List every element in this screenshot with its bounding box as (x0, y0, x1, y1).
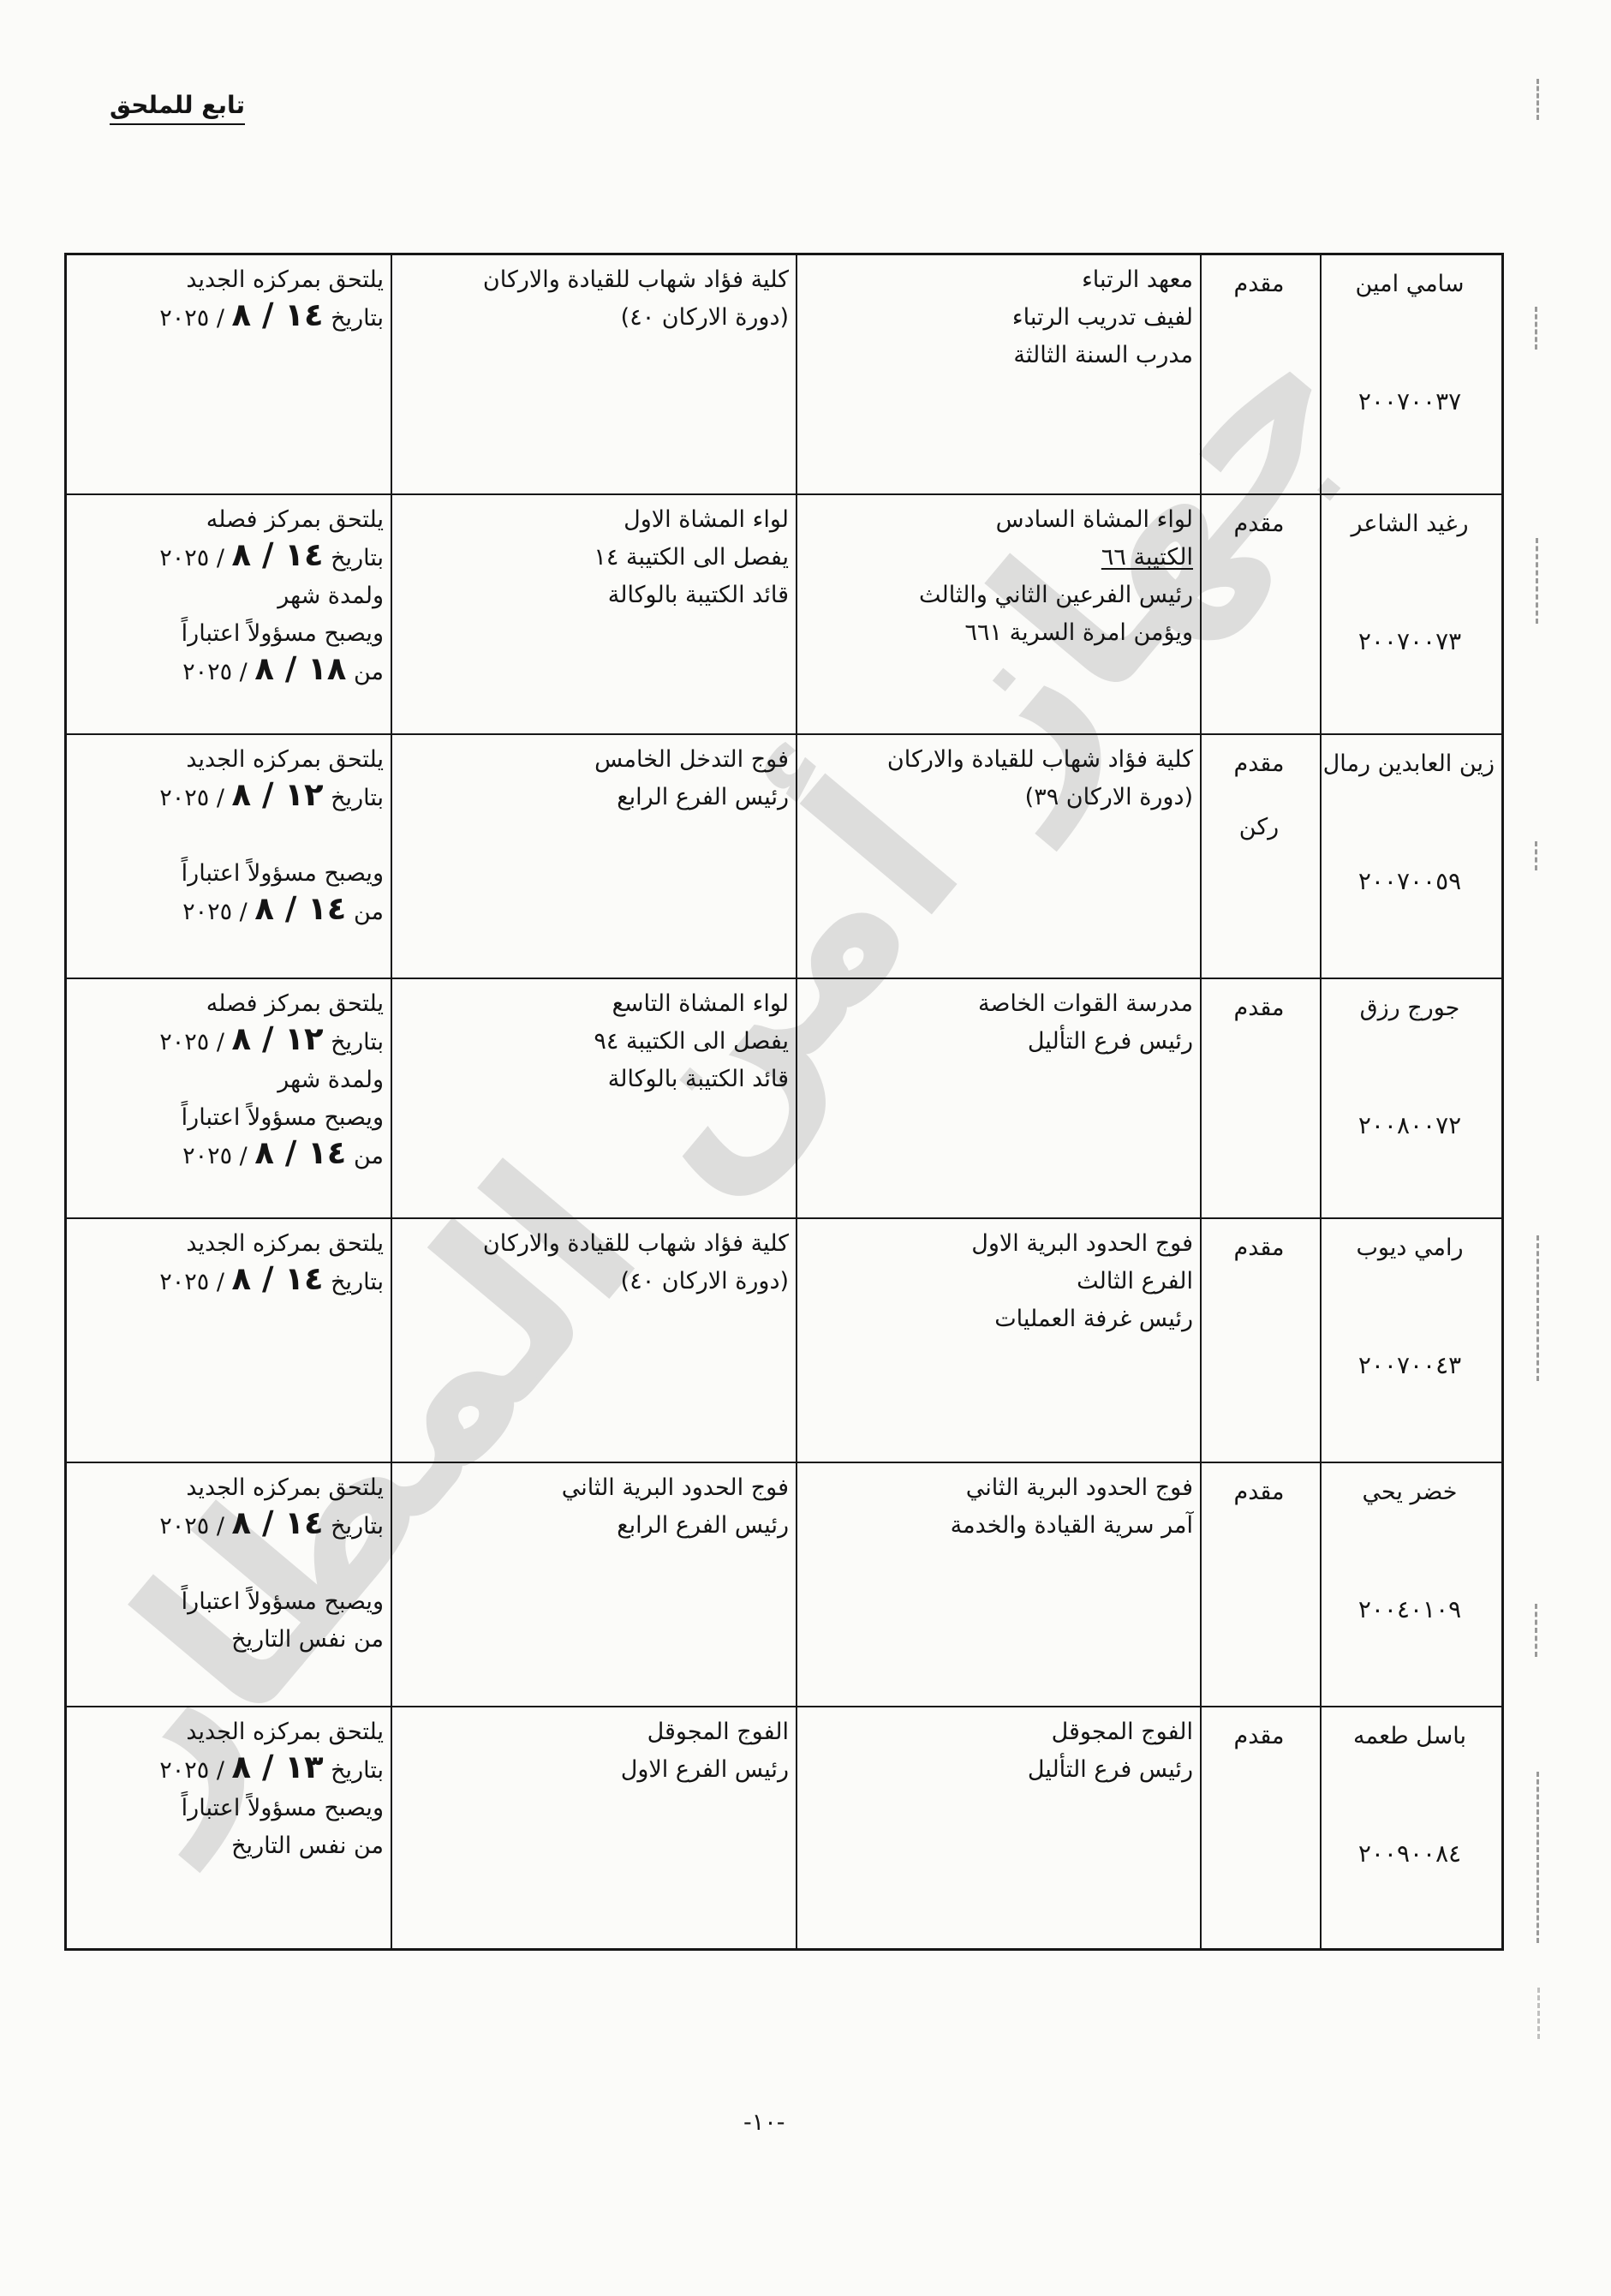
rank-label: مقدم (1205, 1718, 1313, 1755)
position-line: الكتيبة ٦٦ (801, 539, 1193, 577)
service-number: ٢٠٠٧٠٠٥٩ (1325, 862, 1495, 900)
instruction-line: بتاريخ ١٤ / ٨ / ٢٠٢٥ (70, 539, 384, 577)
text-segment: بتاريخ (324, 305, 384, 332)
instruction-line: يلتحق بمركزه الجديد (70, 1225, 384, 1263)
text-segment: معهد الرتباء (1082, 266, 1193, 293)
text-segment: فوج الحدود البرية الاول (971, 1230, 1193, 1257)
text-segment: قائد الكتيبة بالوكالة (608, 582, 789, 608)
position-line: فوج الحدود البرية الاول (801, 1225, 1193, 1263)
text-segment: ويصبح مسؤولاً اعتباراً (182, 1104, 384, 1131)
instruction-line: يلتحق بمركز فصله (70, 985, 384, 1023)
rank-label: مقدم (1205, 505, 1313, 543)
officer-name: رغيد الشاعر (1325, 505, 1495, 543)
underlined-text: الكتيبة ٦٦ (1101, 544, 1193, 571)
text-segment: ولمدة شهر (277, 1067, 384, 1093)
text-segment: آمر سرية القيادة والخدمة (951, 1512, 1193, 1539)
cell-new-position: لواء المشاة الاوليفصل الى الكتيبة ١٤قائد… (391, 494, 797, 734)
officers-transfer-table: يلتحق بمركزه الجديدبتاريخ ١٤ / ٨ / ٢٠٢٥ك… (64, 253, 1504, 1951)
text-segment: بتاريخ (324, 1757, 384, 1784)
position-line: كلية فؤاد شهاب للقيادة والاركان (396, 1225, 789, 1263)
text-segment: / ٢٠٢٥ (159, 1029, 231, 1055)
position-line: قائد الكتيبة بالوكالة (396, 577, 789, 614)
instruction-line: يلتحق بمركزه الجديد (70, 261, 384, 299)
cell-instructions: يلتحق بمركزه الجديدبتاريخ ١٢ / ٨ / ٢٠٢٥و… (66, 734, 391, 978)
position-line: فوج الحدود البرية الثاني (801, 1469, 1193, 1507)
text-segment: من نفس التاريخ (231, 1833, 384, 1859)
text-segment: يلتحق بمركزه الجديد (186, 1474, 384, 1501)
rank-label: مقدم (1205, 266, 1313, 303)
text-segment: ويصبح مسؤولاً اعتباراً (182, 1588, 384, 1615)
cell-new-position: فوج التدخل الخامسرئيس الفرع الرابع (391, 734, 797, 978)
text-segment: رئيس فرع التأليل (1028, 1756, 1193, 1783)
handwritten-date: ١٤ / ٨ (254, 1134, 346, 1171)
text-segment: رئيس الفرع الرابع (617, 1512, 789, 1539)
cell-name: رامي ديوب٢٠٠٧٠٠٤٣ (1321, 1218, 1502, 1462)
scan-artifact (1536, 1772, 1539, 1943)
cell-name: زين العابدين رمال٢٠٠٧٠٠٥٩ (1321, 734, 1502, 978)
text-segment: الفرع الثالث (1077, 1268, 1193, 1294)
text-segment: رئيس فرع التأليل (1028, 1028, 1193, 1055)
text-segment: فوج الحدود البرية الثاني (562, 1474, 789, 1501)
instruction-line: يلتحق بمركزه الجديد (70, 1713, 384, 1751)
rank-label: مقدم (1205, 1229, 1313, 1267)
text-segment: / ٢٠٢٥ (159, 785, 231, 811)
text-segment: من (346, 1143, 384, 1169)
rank-label: مقدم (1205, 745, 1313, 783)
text-segment: (دورة الاركان ٣٩) (1025, 784, 1193, 810)
text-segment: كلية فؤاد شهاب للقيادة والاركان (887, 746, 1193, 773)
cell-instructions: يلتحق بمركز فصلهبتاريخ ١٤ / ٨ / ٢٠٢٥ولمد… (66, 494, 391, 734)
position-line: رئيس فرع التأليل (801, 1023, 1193, 1061)
cell-rank: مقدم (1201, 1707, 1321, 1949)
instruction-line: بتاريخ ١٢ / ٨ / ٢٠٢٥ (70, 779, 384, 817)
text-segment: يلتحق بمركزه الجديد (186, 266, 384, 293)
cell-instructions: يلتحق بمركزه الجديدبتاريخ ١٤ / ٨ / ٢٠٢٥ (66, 1218, 391, 1462)
position-line: يفصل الى الكتيبة ٩٤ (396, 1023, 789, 1061)
text-segment: من (346, 899, 384, 925)
document-header: تابع للملحق (110, 91, 245, 125)
position-line: (دورة الاركان ٣٩) (801, 779, 1193, 816)
service-number: ٢٠٠٧٠٠٤٣ (1325, 1346, 1495, 1384)
text-segment: يلتحق بمركزه الجديد (186, 1719, 384, 1745)
text-segment: بتاريخ (324, 545, 384, 571)
text-segment: (دورة الاركان ٤٠) (621, 304, 789, 331)
cell-instructions: يلتحق بمركزه الجديدبتاريخ ١٤ / ٨ / ٢٠٢٥ (66, 254, 391, 494)
text-segment: / ٢٠٢٥ (159, 1513, 231, 1540)
position-line: رئيس غرفة العمليات (801, 1300, 1193, 1338)
text-segment: يفصل الى الكتيبة ١٤ (594, 544, 789, 571)
position-line: مدرسة القوات الخاصة (801, 985, 1193, 1023)
officer-name: زين العابدين رمال (1325, 745, 1495, 783)
handwritten-date: ١٤ / ٨ (232, 1260, 324, 1297)
instruction-line: بتاريخ ١٣ / ٨ / ٢٠٢٥ (70, 1751, 384, 1790)
text-segment: ويصبح مسؤولاً اعتباراً (182, 860, 384, 887)
text-segment: / ٢٠٢٥ (159, 545, 231, 571)
instruction-line: من ١٤ / ٨ / ٢٠٢٥ (70, 1137, 384, 1175)
handwritten-date: ١٢ / ٨ (232, 1020, 324, 1057)
handwritten-date: ١٤ / ٨ (232, 536, 324, 573)
service-number: ٢٠٠٩٠٠٨٤ (1325, 1834, 1495, 1873)
text-segment: ويؤمن امرة السرية ٦٦١ (965, 619, 1194, 646)
position-line: لواء المشاة السادس (801, 501, 1193, 539)
handwritten-date: ١٣ / ٨ (232, 1749, 324, 1785)
text-segment: / ٢٠٢٥ (182, 899, 254, 925)
cell-name: سامي امين٢٠٠٧٠٠٣٧ (1321, 254, 1502, 494)
rank-label: ركن (1205, 809, 1313, 846)
position-line: لفيف تدريب الرتباء (801, 299, 1193, 337)
instruction-line: بتاريخ ١٤ / ٨ / ٢٠٢٥ (70, 299, 384, 338)
cell-instructions: يلتحق بمركزه الجديدبتاريخ ١٤ / ٨ / ٢٠٢٥و… (66, 1462, 391, 1707)
text-segment: ولمدة شهر (277, 583, 384, 609)
position-line: ويؤمن امرة السرية ٦٦١ (801, 614, 1193, 652)
position-line: الفوج المجوقل (396, 1713, 789, 1751)
service-number: ٢٠٠٧٠٠٧٣ (1325, 622, 1495, 661)
text-segment: كلية فؤاد شهاب للقيادة والاركان (483, 1230, 789, 1257)
cell-rank: مقدم (1201, 494, 1321, 734)
officer-name: سامي امين (1325, 266, 1495, 303)
text-segment: (دورة الاركان ٤٠) (621, 1268, 789, 1294)
text-segment: لواء المشاة السادس (996, 506, 1193, 533)
cell-rank: مقدم (1201, 978, 1321, 1218)
officer-name: خضر يحي (1325, 1474, 1495, 1511)
position-line: يفصل الى الكتيبة ١٤ (396, 539, 789, 577)
position-line: (دورة الاركان ٤٠) (396, 299, 789, 337)
scanned-document-page: تابع للملحق جهاز أمن المطار يلتحق بمركزه… (0, 0, 1611, 2296)
scan-artifact (1537, 1988, 1540, 2039)
cell-instructions: يلتحق بمركزه الجديدبتاريخ ١٣ / ٨ / ٢٠٢٥و… (66, 1707, 391, 1949)
page-number: -١٠- (743, 2109, 785, 2136)
text-segment: يلتحق بمركزه الجديد (186, 746, 384, 773)
position-line: آمر سرية القيادة والخدمة (801, 1507, 1193, 1545)
text-segment: فوج الحدود البرية الثاني (966, 1474, 1193, 1501)
cell-new-position: لواء المشاة التاسعيفصل الى الكتيبة ٩٤قائ… (391, 978, 797, 1218)
position-line: لواء المشاة التاسع (396, 985, 789, 1023)
cell-current-position: كلية فؤاد شهاب للقيادة والاركان(دورة الا… (797, 734, 1201, 978)
text-segment: من نفس التاريخ (231, 1626, 384, 1653)
text-segment: مدرسة القوات الخاصة (978, 990, 1193, 1017)
rank-label: مقدم (1205, 990, 1313, 1027)
instruction-line: ولمدة شهر (70, 577, 384, 615)
cell-current-position: الفوج المجوقلرئيس فرع التأليل (797, 1707, 1201, 1949)
text-segment: / ٢٠٢٥ (182, 1143, 254, 1169)
cell-name: رغيد الشاعر٢٠٠٧٠٠٧٣ (1321, 494, 1502, 734)
handwritten-date: ١٤ / ٨ (254, 890, 346, 927)
cell-rank: مقدم (1201, 254, 1321, 494)
text-segment: يلتحق بمركز فصله (206, 506, 384, 533)
service-number: ٢٠٠٧٠٠٣٧ (1325, 382, 1495, 421)
instruction-line: بتاريخ ١٢ / ٨ / ٢٠٢٥ (70, 1023, 384, 1061)
cell-name: جورج رزق٢٠٠٨٠٠٧٢ (1321, 978, 1502, 1218)
scan-artifact (1535, 1604, 1537, 1657)
cell-current-position: فوج الحدود البرية الاولالفرع الثالثرئيس … (797, 1218, 1201, 1462)
cell-new-position: الفوج المجوقلرئيس الفرع الاول (391, 1707, 797, 1949)
cell-rank: مقدم (1201, 1462, 1321, 1707)
text-segment: لواء المشاة التاسع (612, 990, 789, 1017)
officer-name: جورج رزق (1325, 990, 1495, 1027)
cell-name: خضر يحي٢٠٠٤٠١٠٩ (1321, 1462, 1502, 1707)
position-line: رئيس الفرع الرابع (396, 779, 789, 816)
text-segment: / ٢٠٢٥ (182, 659, 254, 685)
scan-artifact (1536, 538, 1538, 624)
position-line: رئيس فرع التأليل (801, 1751, 1193, 1789)
text-segment: يلتحق بمركز فصله (206, 990, 384, 1017)
cell-rank: مقدم (1201, 1218, 1321, 1462)
text-segment: فوج التدخل الخامس (594, 746, 789, 773)
cell-current-position: فوج الحدود البرية الثانيآمر سرية القيادة… (797, 1462, 1201, 1707)
text-segment: / ٢٠٢٥ (159, 1269, 231, 1295)
cell-current-position: مدرسة القوات الخاصةرئيس فرع التأليل (797, 978, 1201, 1218)
instruction-line: يلتحق بمركزه الجديد (70, 741, 384, 779)
position-line: لواء المشاة الاول (396, 501, 789, 539)
scan-artifact (1536, 1235, 1539, 1381)
text-segment: لواء المشاة الاول (624, 506, 789, 533)
text-segment: رئيس الفرع الرابع (617, 784, 789, 810)
handwritten-date: ١٤ / ٨ (232, 296, 324, 333)
text-segment: الفوج المجوقل (647, 1719, 789, 1745)
text-segment: كلية فؤاد شهاب للقيادة والاركان (483, 266, 789, 293)
text-segment: قائد الكتيبة بالوكالة (608, 1066, 789, 1092)
text-segment: بتاريخ (324, 785, 384, 811)
text-segment: / ٢٠٢٥ (159, 1757, 231, 1784)
cell-instructions: يلتحق بمركز فصلهبتاريخ ١٢ / ٨ / ٢٠٢٥ولمد… (66, 978, 391, 1218)
service-number: ٢٠٠٨٠٠٧٢ (1325, 1106, 1495, 1145)
cell-current-position: لواء المشاة السادسالكتيبة ٦٦رئيس الفرعين… (797, 494, 1201, 734)
instruction-line (70, 1546, 384, 1583)
text-segment: بتاريخ (324, 1029, 384, 1055)
position-line: رئيس الفرع الرابع (396, 1507, 789, 1545)
position-line: فوج الحدود البرية الثاني (396, 1469, 789, 1507)
text-segment: رئيس الفرعين الثاني والثالث (919, 582, 1193, 608)
officer-name: رامي ديوب (1325, 1229, 1495, 1267)
instruction-line: بتاريخ ١٤ / ٨ / ٢٠٢٥ (70, 1263, 384, 1301)
position-line: كلية فؤاد شهاب للقيادة والاركان (396, 261, 789, 299)
scan-artifact (1535, 841, 1537, 870)
cell-new-position: كلية فؤاد شهاب للقيادة والاركان(دورة الا… (391, 1218, 797, 1462)
instruction-line: من ١٤ / ٨ / ٢٠٢٥ (70, 893, 384, 931)
text-segment: ويصبح مسؤولاً اعتباراً (182, 1795, 384, 1821)
cell-new-position: كلية فؤاد شهاب للقيادة والاركان(دورة الا… (391, 254, 797, 494)
text-segment: رئيس غرفة العمليات (994, 1306, 1193, 1332)
rank-label: مقدم (1205, 1474, 1313, 1511)
position-line: معهد الرتباء (801, 261, 1193, 299)
instruction-line (70, 817, 384, 855)
cell-new-position: فوج الحدود البرية الثانيرئيس الفرع الراب… (391, 1462, 797, 1707)
position-line: قائد الكتيبة بالوكالة (396, 1061, 789, 1098)
text-segment: الفوج المجوقل (1052, 1719, 1193, 1745)
instruction-line: من نفس التاريخ (70, 1827, 384, 1865)
text-segment: لفيف تدريب الرتباء (1012, 304, 1193, 331)
text-segment: مدرب السنة الثالثة (1013, 342, 1193, 368)
position-line: الفرع الثالث (801, 1263, 1193, 1300)
instruction-line: يلتحق بمركز فصله (70, 501, 384, 539)
instruction-line: ويصبح مسؤولاً اعتباراً (70, 1583, 384, 1621)
service-number: ٢٠٠٤٠١٠٩ (1325, 1590, 1495, 1629)
position-line: الفوج المجوقل (801, 1713, 1193, 1751)
position-line: رئيس الفرع الاول (396, 1751, 789, 1789)
cell-current-position: معهد الرتباءلفيف تدريب الرتباءمدرب السنة… (797, 254, 1201, 494)
text-segment: ويصبح مسؤولاً اعتباراً (182, 620, 384, 647)
text-segment: يفصل الى الكتيبة ٩٤ (594, 1028, 789, 1055)
instruction-line: ولمدة شهر (70, 1061, 384, 1099)
scan-artifact (1536, 79, 1539, 120)
position-line: مدرب السنة الثالثة (801, 337, 1193, 374)
position-line: فوج التدخل الخامس (396, 741, 789, 779)
position-line: كلية فؤاد شهاب للقيادة والاركان (801, 741, 1193, 779)
instruction-line: من ١٨ / ٨ / ٢٠٢٥ (70, 653, 384, 691)
cell-rank: مقدمركن (1201, 734, 1321, 978)
text-segment: يلتحق بمركزه الجديد (186, 1230, 384, 1257)
instruction-line: ويصبح مسؤولاً اعتباراً (70, 855, 384, 893)
instruction-line: يلتحق بمركزه الجديد (70, 1469, 384, 1507)
handwritten-date: ١٢ / ٨ (232, 776, 324, 813)
instruction-line: ويصبح مسؤولاً اعتباراً (70, 1790, 384, 1827)
instruction-line: ويصبح مسؤولاً اعتباراً (70, 615, 384, 653)
position-line: (دورة الاركان ٤٠) (396, 1263, 789, 1300)
scan-artifact (1535, 307, 1537, 350)
text-segment: من (346, 659, 384, 685)
officer-name: باسل طعمه (1325, 1718, 1495, 1755)
handwritten-date: ١٤ / ٨ (232, 1504, 324, 1541)
text-segment: بتاريخ (324, 1269, 384, 1295)
cell-name: باسل طعمه٢٠٠٩٠٠٨٤ (1321, 1707, 1502, 1949)
instruction-line: بتاريخ ١٤ / ٨ / ٢٠٢٥ (70, 1507, 384, 1546)
text-segment: رئيس الفرع الاول (621, 1756, 789, 1783)
text-segment: / ٢٠٢٥ (159, 305, 231, 332)
position-line: رئيس الفرعين الثاني والثالث (801, 577, 1193, 614)
text-segment: بتاريخ (324, 1513, 384, 1540)
instruction-line: ويصبح مسؤولاً اعتباراً (70, 1099, 384, 1137)
handwritten-date: ١٨ / ٨ (254, 650, 346, 687)
instruction-line: من نفس التاريخ (70, 1621, 384, 1659)
